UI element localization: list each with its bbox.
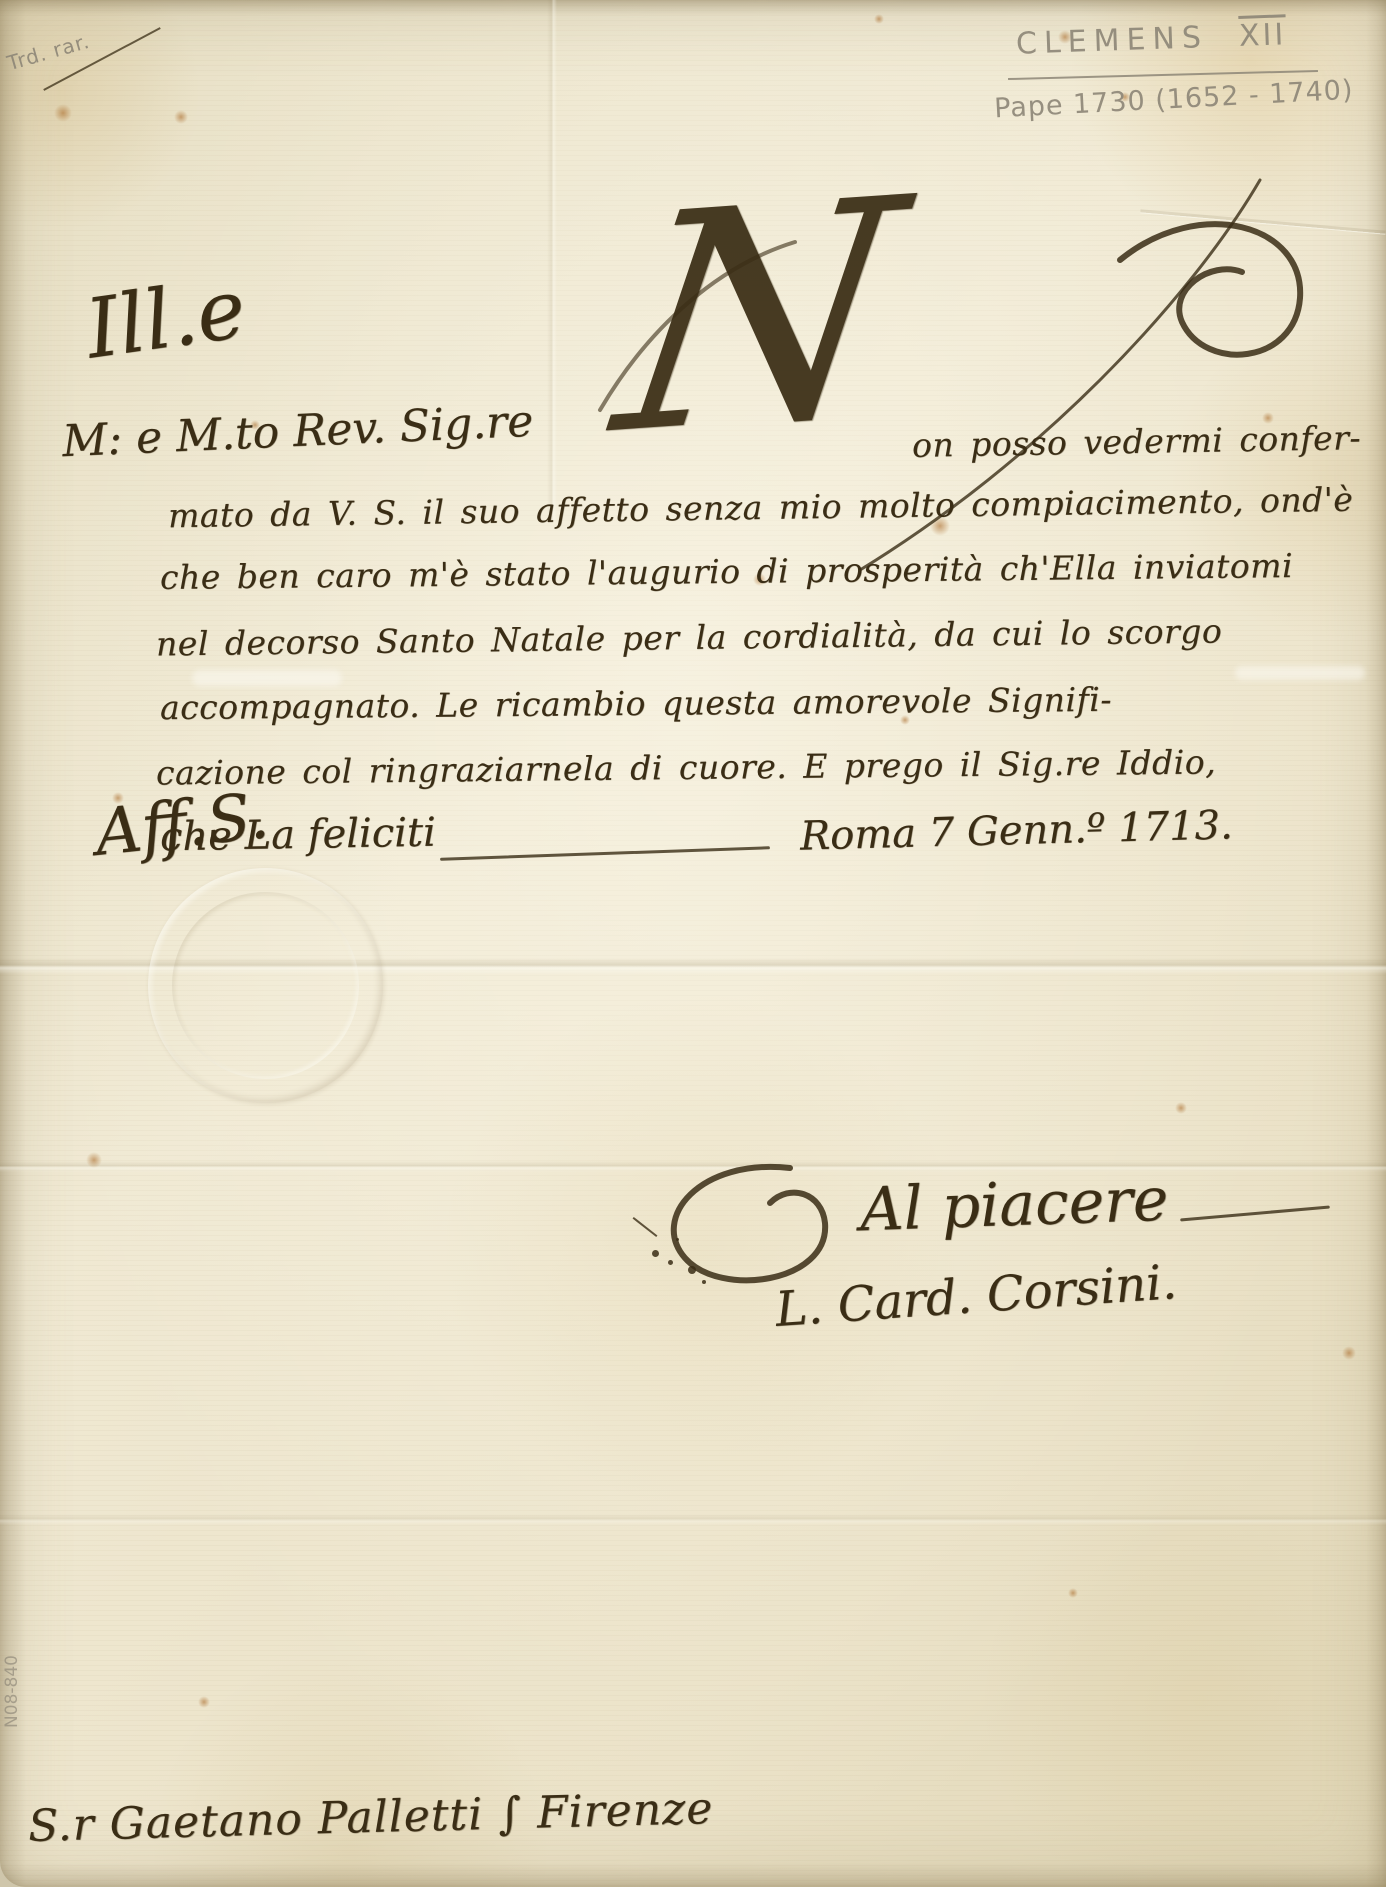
flourish-rule <box>440 846 770 861</box>
scan-glare <box>192 670 342 686</box>
ink-splatter <box>652 1250 659 1257</box>
stain <box>1175 1102 1187 1114</box>
ink-splatter <box>676 1238 679 1241</box>
stain <box>54 104 72 122</box>
salutation-abbreviation: Ill.e <box>80 261 251 377</box>
fold-crease-vertical <box>547 0 557 520</box>
stain <box>874 14 884 24</box>
signature-flourish-oval <box>640 1148 870 1298</box>
dateline: Roma 7 Genn.º 1713. <box>799 802 1233 859</box>
embossed-seal-ring <box>172 892 359 1079</box>
body-line: cazione col ringraziarnela di cuore. E p… <box>156 742 1216 792</box>
ink-splatter <box>702 1280 706 1284</box>
address-line: S.r Gaetano Palletti ∫ Firenze <box>27 1783 713 1852</box>
stain <box>174 110 188 124</box>
fold-crease-bottom <box>0 1514 1386 1525</box>
body-line: on posso vedermi confer- <box>912 418 1362 465</box>
stain <box>1342 1346 1356 1360</box>
initial-flourish <box>560 140 1360 610</box>
stain <box>86 1152 102 1168</box>
salutation-line: M: e M.to Rev. Sig.re <box>61 396 534 468</box>
pencil-title-clemens: CLEMENS XII <box>1015 17 1286 61</box>
ink-splatter <box>688 1266 696 1274</box>
ink-splatter <box>668 1260 673 1265</box>
stain <box>1068 1588 1078 1598</box>
pencil-note-pope-dates: Pape 1730 (1652 - 1740) <box>993 75 1354 125</box>
valediction: Al piacere <box>859 1165 1170 1246</box>
pencil-side-mark: N08-840 <box>2 1655 22 1728</box>
embossed-seal <box>148 868 383 1103</box>
scan-glare <box>1235 666 1365 680</box>
pencil-note-top-left: Trd. rar. <box>4 29 92 75</box>
clemens-name: CLEMENS <box>1015 20 1208 62</box>
letter-scan-page: Trd. rar. CLEMENS XII Pape 1730 (1652 - … <box>0 0 1386 1887</box>
body-line: accompagnato. Le ricambio questa amorevo… <box>160 680 1112 727</box>
body-line: nel decorso Santo Natale per la cordiali… <box>156 611 1223 663</box>
stain <box>198 1696 210 1708</box>
valediction-swash <box>1180 1205 1330 1221</box>
clemens-numeral: XII <box>1238 17 1286 54</box>
